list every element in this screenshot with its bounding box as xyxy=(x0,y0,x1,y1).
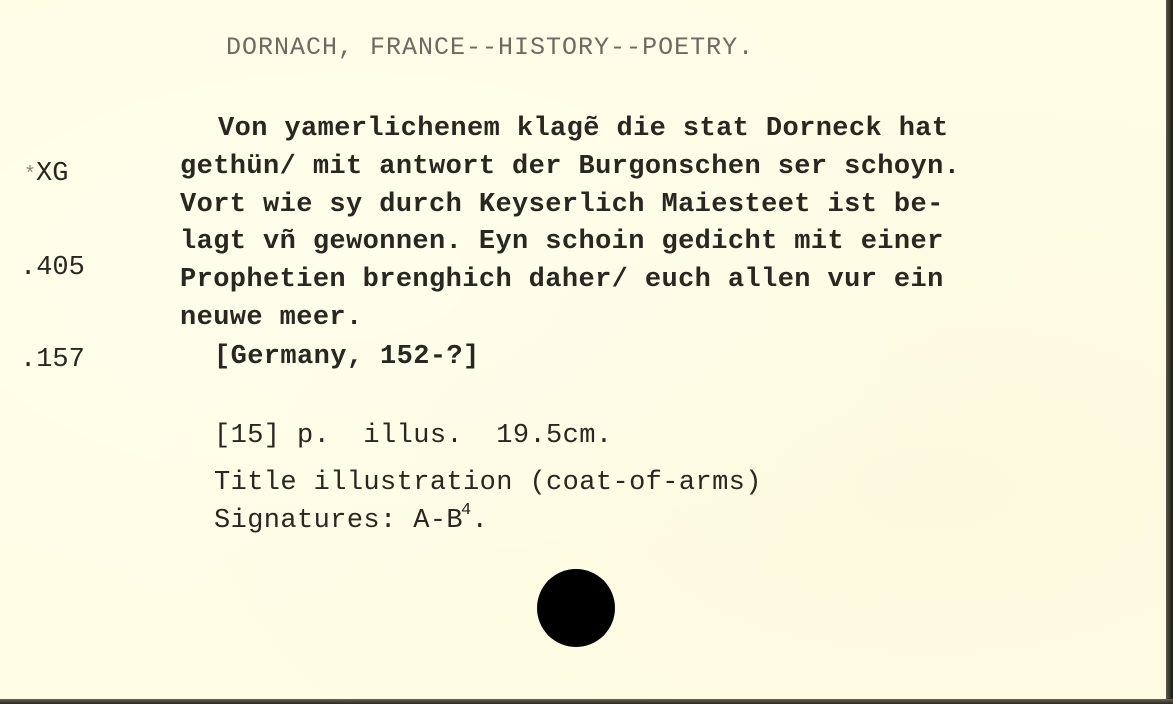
title-line-2: gethün/ mit antwort der Burgonschen ser … xyxy=(180,152,960,182)
title-line-1: Von yamerlichenem klagẽ die stat Dorneck… xyxy=(218,114,949,144)
imprint: [Germany, 152-?] xyxy=(214,342,480,372)
note-signatures: Signatures: A-B4. xyxy=(214,506,488,536)
collation: [15] p. illus. 19.5cm. xyxy=(214,421,612,451)
call-number: *XG .405 .157 xyxy=(24,99,89,435)
title-line-5: Prophetien brenghich daher/ euch allen v… xyxy=(180,265,944,295)
title-line-3: Vort wie sy durch Keyserlich Maiesteet i… xyxy=(180,190,944,220)
card-edge-right xyxy=(1166,0,1173,704)
call-number-line-2: .405 xyxy=(20,253,89,283)
title-line-6: neuwe meer. xyxy=(180,303,363,333)
call-number-line-1: *XG xyxy=(24,159,89,191)
card-edge-bottom xyxy=(0,699,1173,704)
punch-hole xyxy=(537,569,615,647)
call-number-line-3: .157 xyxy=(20,345,89,375)
subject-heading: DORNACH, FRANCE--HISTORY--POETRY. xyxy=(226,33,754,63)
catalog-card: DORNACH, FRANCE--HISTORY--POETRY. *XG .4… xyxy=(0,0,1166,699)
asterisk-mark: * xyxy=(24,164,36,187)
note-illustration: Title illustration (coat-of-arms) xyxy=(214,468,762,498)
signatures-superscript: 4 xyxy=(461,501,472,520)
title-line-4: lagt vñ gewonnen. Eyn schoin gedicht mit… xyxy=(180,227,944,257)
